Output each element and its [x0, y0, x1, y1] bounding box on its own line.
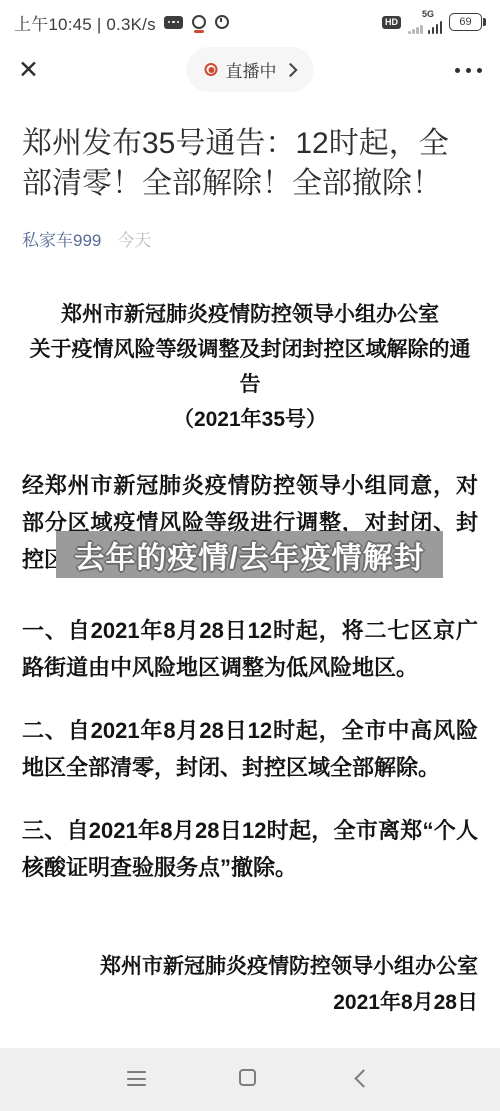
hd-badge: HD: [382, 16, 401, 29]
status-time-speed: 上午10:45 | 0.3K/s: [14, 10, 156, 35]
author-link[interactable]: 私家车999: [22, 226, 101, 251]
close-icon[interactable]: ✕: [18, 58, 39, 83]
live-status-pill[interactable]: 直播中: [187, 47, 314, 92]
battery-level: 69: [449, 13, 482, 31]
home-icon[interactable]: [239, 1069, 256, 1086]
clock-red-icon: [192, 15, 206, 29]
document-heading: 郑州市新冠肺炎疫情防控领导小组办公室 关于疫情风险等级调整及封闭封控区域解除的通…: [22, 297, 478, 437]
alarm-icon: [215, 15, 229, 29]
live-label: 直播中: [226, 57, 277, 82]
message-icon: [164, 16, 183, 29]
document-heading-line2: 关于疫情风险等级调整及封闭封控区域解除的通告: [22, 332, 478, 402]
signal-sim1-icon: [408, 25, 423, 34]
document-heading-line1: 郑州市新冠肺炎疫情防控领导小组办公室: [22, 297, 478, 332]
android-nav-bar: [0, 1048, 500, 1111]
byline: 私家车999 今天: [22, 226, 478, 251]
chevron-right-icon: [283, 62, 297, 76]
publish-time: 今天: [117, 226, 151, 251]
signature-date: 2021年8月28日: [22, 988, 478, 1018]
live-record-icon: [205, 63, 218, 76]
back-icon[interactable]: [354, 1069, 372, 1087]
app-bar: ✕ 直播中: [0, 42, 500, 98]
paragraph-item-3: 三、自2021年8月28日12时起，全市离郑“个人核酸证明查验服务点”撤除。: [22, 812, 478, 886]
watermark-overlay: 去年的疫情/去年疫情解封: [56, 531, 443, 578]
signature-org: 郑州市新冠肺炎疫情防控领导小组办公室: [22, 952, 478, 982]
battery-icon: 69: [449, 13, 486, 31]
more-menu-icon[interactable]: [455, 68, 482, 73]
signal-sim2-icon: [428, 21, 443, 34]
paragraph-item-2: 二、自2021年8月28日12时起，全市中高风险地区全部清零，封闭、封控区域全部…: [22, 712, 478, 786]
document-heading-line3: （2021年35号）: [22, 402, 478, 437]
network-5g-label: 5G: [422, 9, 434, 19]
signature-block: 郑州市新冠肺炎疫情防控领导小组办公室 2021年8月28日: [22, 952, 478, 1018]
signal-icon: 5G: [408, 11, 442, 34]
status-bar: 上午10:45 | 0.3K/s HD 5G 69: [0, 0, 500, 42]
article-title: 郑州发布35号通告：12时起，全部清零！全部解除！全部撤除！: [22, 124, 478, 204]
paragraph-item-1: 一、自2021年8月28日12时起，将二七区京广路街道由中风险地区调整为低风险地…: [22, 612, 478, 686]
menu-icon[interactable]: [127, 1071, 146, 1091]
